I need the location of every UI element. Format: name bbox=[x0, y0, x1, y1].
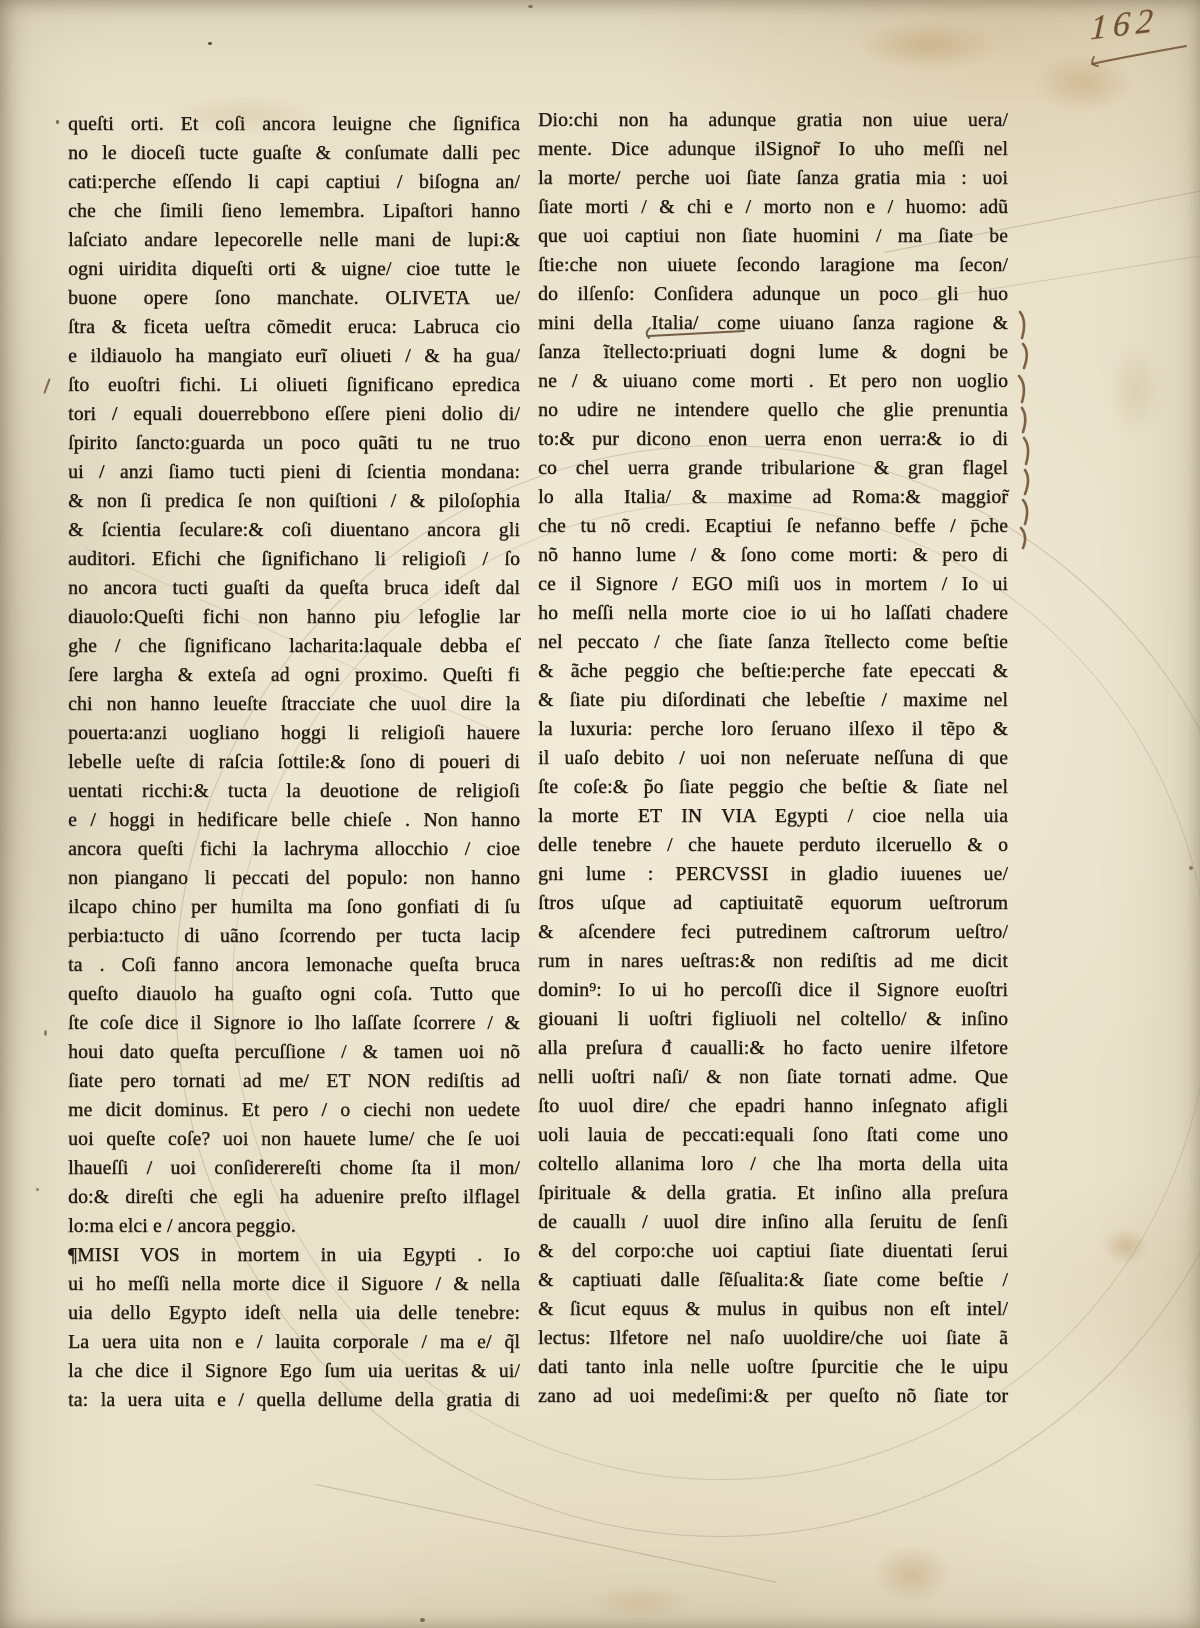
text-line: ſere largha & exteſa ad ogni proximo. Qu… bbox=[68, 661, 520, 690]
text-line: alla preſura đ caualli:& ho facto uenire… bbox=[538, 1034, 1008, 1063]
text-line: & non ſi predica ſe non quiſtioni / & pi… bbox=[68, 487, 520, 516]
text-line: & ãche peggio che beſtie:perche fate epe… bbox=[538, 657, 1008, 686]
text-line: queſti orti. Et coſi ancora leuigne che … bbox=[68, 110, 520, 139]
text-line: ancora queſti fichi la lachryma allocchi… bbox=[68, 835, 520, 864]
text-line: uentati ricchi:& tucta la deuotione de r… bbox=[68, 777, 520, 806]
text-line: & ſicut equus & mulus in quibus non eſt … bbox=[538, 1295, 1008, 1324]
text-line: La uera uita non e / lauita corporale / … bbox=[68, 1328, 520, 1357]
text-line: ſtra & ficeta ueſtra cõmedit eruca: Labr… bbox=[68, 313, 520, 342]
text-line: ſpirito ſancto:guarda un poco quãti tu n… bbox=[68, 429, 520, 458]
text-line: no le dioceſi tucte guaſte & conſumate d… bbox=[68, 139, 520, 168]
text-line: queſto diauolo ha guaſto ogni coſa. Tutt… bbox=[68, 980, 520, 1009]
text-line: buone opere ſono manchate. OLIVETA ue/ bbox=[68, 284, 520, 313]
text-line: ſtros uſque ad captiuitatẽ equorum ueſtr… bbox=[538, 889, 1008, 918]
text-line: delle tenebre / che hauete perduto ilcer… bbox=[538, 831, 1008, 860]
margin-ink-marks bbox=[996, 300, 1044, 550]
text-line: e ildiauolo ha mangiato eurĩ oliueti / &… bbox=[68, 342, 520, 371]
text-line: lo:ma elci e / ancora peggio. bbox=[68, 1212, 520, 1241]
text-line: la luxuria: perche loro ſeruano ilſexo i… bbox=[538, 715, 1008, 744]
text-line: ſiate morti / & chi e / morto non e / hu… bbox=[538, 193, 1008, 222]
text-line: gni lume : PERCVSSI in gladio iuuenes ue… bbox=[538, 860, 1008, 889]
text-line: me dicit dominus. Et pero / o ciechi non… bbox=[68, 1096, 520, 1125]
text-line: lectus: Ilfetore nel naſo uuoldire/che u… bbox=[538, 1324, 1008, 1353]
text-line: la che dice il Signore Ego ſum uia uerit… bbox=[68, 1357, 520, 1386]
text-line: ſiate pero tornati ad me/ ET NON rediſti… bbox=[68, 1067, 520, 1096]
text-line: nel peccato / che ſiate ſanza ĩtellecto … bbox=[538, 628, 1008, 657]
text-line: dati tanto inla nelle uoſtre ſpurcitie c… bbox=[538, 1353, 1008, 1382]
text-line: ſto euoſtri fichi. Li oliueti ſignifican… bbox=[68, 371, 520, 400]
text-line: ogni uiridita diqueſti orti & uigne/ cio… bbox=[68, 255, 520, 284]
text-line: ſpirituale & della gratia. Et inſino all… bbox=[538, 1179, 1008, 1208]
text-line: ho meſſi nella morte cioe io ui ho laſſa… bbox=[538, 599, 1008, 628]
text-line: & del corpo:che uoi captiui ſiate diuent… bbox=[538, 1237, 1008, 1266]
text-line: cati:perche eſſendo li capi captiui / bi… bbox=[68, 168, 520, 197]
text-line: diauolo:Queſti fichi non hanno piu lefog… bbox=[68, 603, 520, 632]
foxing-spot bbox=[1100, 330, 1170, 450]
text-line: la morte/ perche uoi ſiate ſanza gratia … bbox=[538, 164, 1008, 193]
text-line: la morte ET IN VIA Egypti / cioe nella u… bbox=[538, 802, 1008, 831]
text-line: ilcapo chino per humilta ma ſono gonfiat… bbox=[68, 893, 520, 922]
foxing-spot bbox=[575, 1580, 705, 1624]
text-line: to:& pur dicono enon uerra enon uerra:& … bbox=[538, 425, 1008, 454]
text-line: ſte coſe:& p̃o ſiate peggio che beſtie &… bbox=[538, 773, 1008, 802]
text-line: no udire ne intendere quello che glie pr… bbox=[538, 396, 1008, 425]
text-line: ſtie:che non uiuete ſecondo laragione ma… bbox=[538, 251, 1008, 280]
text-line: uoli lauia de peccati:equali ſono ſtati … bbox=[538, 1121, 1008, 1150]
text-line: mente. Dice adunque ilSignor̃ Io uho meſ… bbox=[538, 135, 1008, 164]
text-line: ta: la uera uita e / quella dellume dell… bbox=[68, 1386, 520, 1415]
text-line: ce il Signore / EGO miſi uos in mortem /… bbox=[538, 570, 1008, 599]
margin-ink-tick bbox=[43, 378, 50, 394]
paper-speck bbox=[44, 1030, 47, 1036]
text-line: ui / anzi ſiamo tucti pieni di ſcientia … bbox=[68, 458, 520, 487]
text-line: tori / equali douerrebbono eſſere pieni … bbox=[68, 400, 520, 429]
text-line: uoi queſte coſe? uoi non hauete lume/ ch… bbox=[68, 1125, 520, 1154]
text-line: ſte coſe dice il Signore io lho laſſate … bbox=[68, 1009, 520, 1038]
paper-speck bbox=[208, 42, 212, 45]
text-line: & ſiate piu diſordinati che lebeſtie / m… bbox=[538, 686, 1008, 715]
text-line: ¶MISI VOS in mortem in uia Egypti . Io bbox=[68, 1241, 520, 1270]
text-line: do:& direſti che egli ha aduenire preſto… bbox=[68, 1183, 520, 1212]
text-line: il uaſo debito / uoi non neſeruate neſſu… bbox=[538, 744, 1008, 773]
text-line: no ancora tucti guaſti da queſta bruca i… bbox=[68, 574, 520, 603]
text-line: che che ſimili ſieno lemembra. Lipaſtori… bbox=[68, 197, 520, 226]
text-line: e / hoggi in hedificare belle chieſe . N… bbox=[68, 806, 520, 835]
text-line: lo alla Italia/ & maxime ad Roma:& maggi… bbox=[538, 483, 1008, 512]
text-line: que uoi captiui non ſiate huomini / ma ſ… bbox=[538, 222, 1008, 251]
text-line: mini della Italia/ come uiuano ſanza rag… bbox=[538, 309, 1008, 338]
text-line: & ſcientia ſeculare:& coſi diuentano anc… bbox=[68, 516, 520, 545]
ink-underline-considera bbox=[640, 322, 750, 342]
text-line: non piangano li peccati del populo: non … bbox=[68, 864, 520, 893]
foxing-spot bbox=[838, 14, 1018, 76]
paper-speck bbox=[1189, 866, 1193, 870]
page-scan: 162 queſti orti. Et coſi ancora leuigne … bbox=[0, 0, 1200, 1628]
text-line: rum in nares ueſtras:& non rediſtis ad m… bbox=[538, 947, 1008, 976]
text-line: laſciato andare lepecorelle nelle mani d… bbox=[68, 226, 520, 255]
foxing-spot bbox=[862, 1536, 962, 1612]
text-line: ta . Coſi fanno ancora lemonache queſta … bbox=[68, 951, 520, 980]
text-line: zano ad uoi medeſimi:& per queſto nõ ſia… bbox=[538, 1382, 1008, 1411]
text-line: coltello allanima loro / che lha morta d… bbox=[538, 1150, 1008, 1179]
text-line: ghe / che ſignificano lacharita:laquale … bbox=[68, 632, 520, 661]
text-line: co chel uerra grande tribularione & gran… bbox=[538, 454, 1008, 483]
text-line: pouerta:anzi uogliano hoggi li religioſi… bbox=[68, 719, 520, 748]
text-line: ne / & uiuano come morti . Et pero non u… bbox=[538, 367, 1008, 396]
text-line: giouani li uoſtri figliuoli nel coltello… bbox=[538, 1005, 1008, 1034]
text-line: nelli uoſtri naſi/ & non ſiate tornati a… bbox=[538, 1063, 1008, 1092]
text-line: che tu nõ credi. Ecaptiui ſe nefanno bef… bbox=[538, 512, 1008, 541]
text-column-right: Dio:chi non ha adunque gratia non uiue u… bbox=[538, 106, 1008, 1411]
text-line: & captiuati dalle ſẽſualita:& ſiate come… bbox=[538, 1266, 1008, 1295]
foxing-spot bbox=[1096, 1222, 1156, 1270]
text-line: do ilſenſo: Conſidera adunque un poco gl… bbox=[538, 280, 1008, 309]
paper-speck bbox=[528, 5, 533, 8]
text-line: Dio:chi non ha adunque gratia non uiue u… bbox=[538, 106, 1008, 135]
text-line: chi non hanno leueſte ſtracciate che uuo… bbox=[68, 690, 520, 719]
text-line: perbia:tucto di uãno ſcorrendo per tucta… bbox=[68, 922, 520, 951]
text-line: lhaueſſi / uoi conſiderereſti chome ſta … bbox=[68, 1154, 520, 1183]
folio-underline-flourish bbox=[1068, 2, 1198, 80]
text-line: nõ hanno lume / & ſono come morti: & per… bbox=[538, 541, 1008, 570]
text-line: lebelle ueſte di raſcia ſottile:& ſono d… bbox=[68, 748, 520, 777]
folio-number: 162 bbox=[1068, 2, 1198, 80]
text-line: houi dato queſta percuſſione / & tamen u… bbox=[68, 1038, 520, 1067]
text-line: uia dello Egypto ideſt nella uia delle t… bbox=[68, 1299, 520, 1328]
paper-speck bbox=[36, 1188, 39, 1191]
text-line: auditori. Efichi che ſignifichano li rel… bbox=[68, 545, 520, 574]
text-line: & aſcendere feci putredinem caſtrorum ue… bbox=[538, 918, 1008, 947]
paper-speck bbox=[420, 1618, 425, 1622]
text-line: domin⁹: Io ui ho percoſſi dice il Signor… bbox=[538, 976, 1008, 1005]
text-column-left: queſti orti. Et coſi ancora leuigne che … bbox=[68, 110, 520, 1415]
text-line: de cauallı / uuol dire inſino alla ſerui… bbox=[538, 1208, 1008, 1237]
paper-speck bbox=[56, 120, 59, 124]
text-line: ſto uuol dire/ che epadri hanno inſegnat… bbox=[538, 1092, 1008, 1121]
text-line: ſanza ĩtellecto:priuati dogni lume & dog… bbox=[538, 338, 1008, 367]
text-line: ui ho meſſi nella morte dice il Siguore … bbox=[68, 1270, 520, 1299]
